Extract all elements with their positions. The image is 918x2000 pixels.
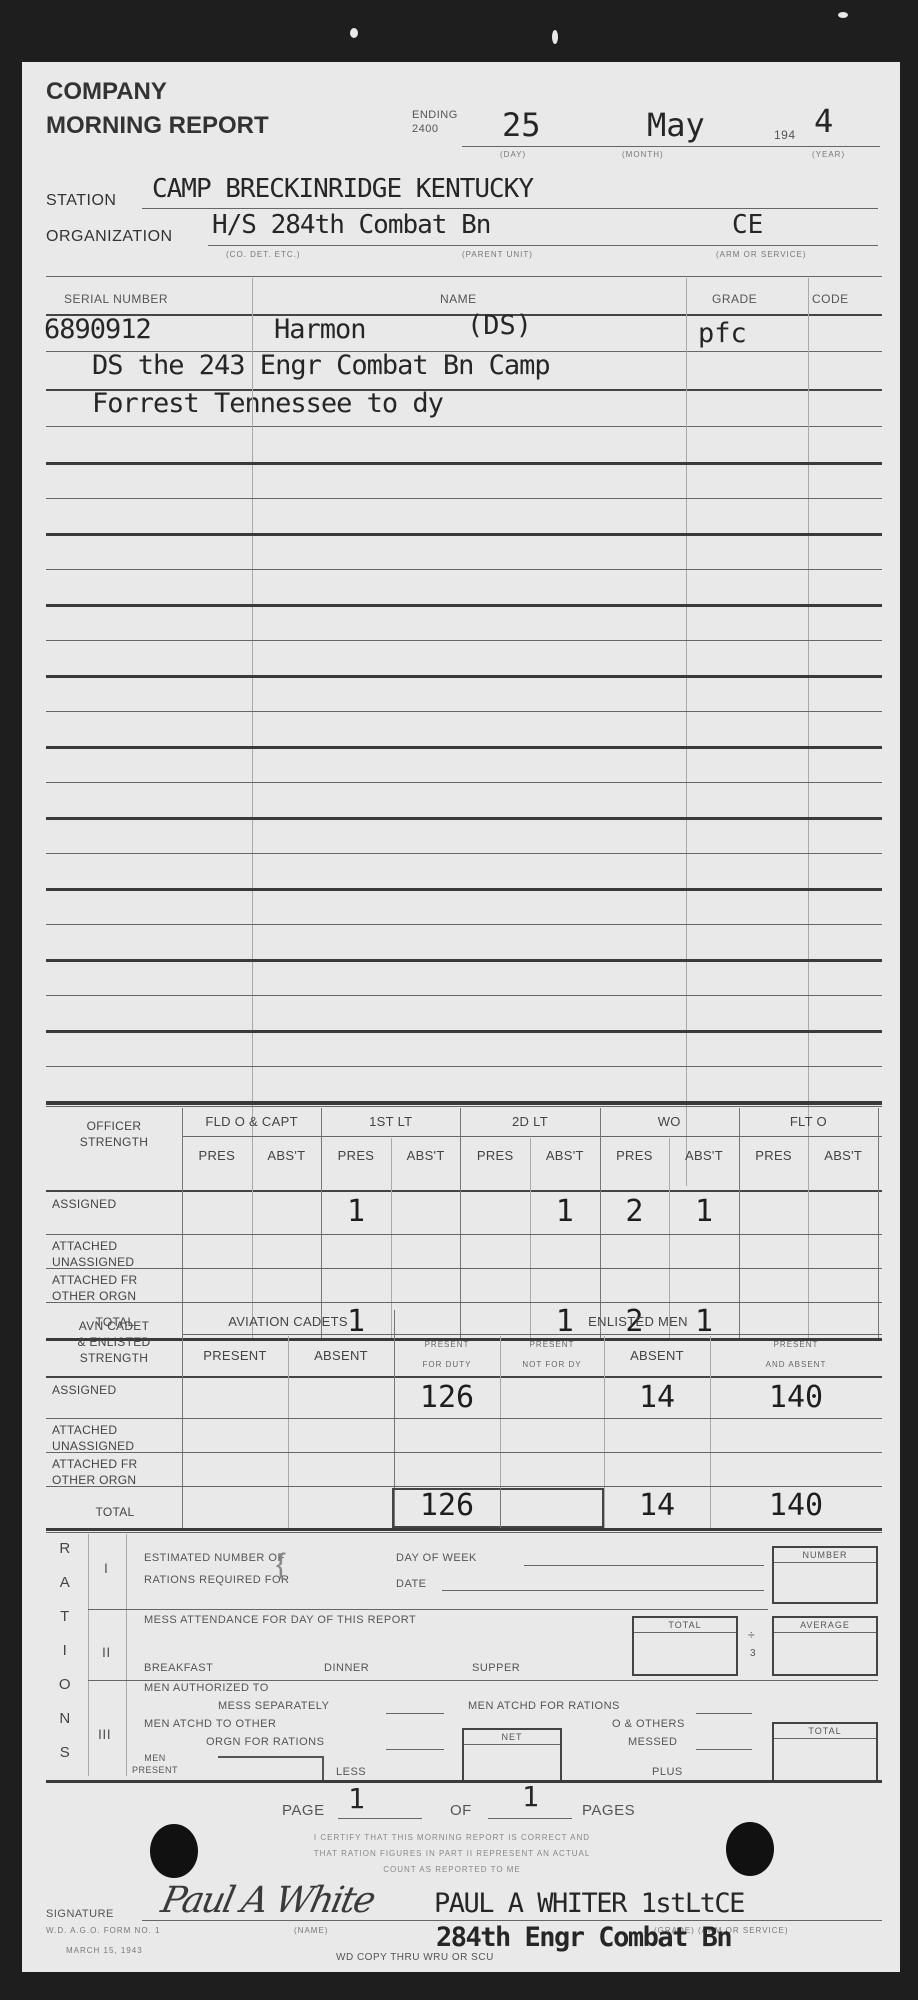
year-prefix: 194 bbox=[774, 128, 796, 142]
organization-underline bbox=[208, 245, 878, 246]
blank-entry-line[interactable] bbox=[46, 462, 882, 465]
certification-text: I CERTIFY THAT THIS MORNING REPORT IS CO… bbox=[222, 1830, 682, 1878]
enlisted-col-header: ABSENT bbox=[288, 1348, 394, 1363]
officer-top-rule bbox=[46, 1102, 882, 1105]
station-underline bbox=[142, 208, 878, 209]
station-label: STATION bbox=[46, 192, 116, 210]
mess-separately-field[interactable] bbox=[386, 1713, 444, 1714]
rations-divider-2 bbox=[126, 1534, 127, 1776]
officer-col-divider bbox=[808, 1138, 809, 1340]
report-month: May bbox=[647, 106, 705, 144]
enlisted-col-header: PRESENT bbox=[182, 1348, 288, 1363]
officer-sub-header: ABS'T bbox=[391, 1148, 461, 1163]
entry-serial-number: 6890912 bbox=[44, 314, 151, 345]
col-divider-grade bbox=[686, 278, 687, 1186]
men-authorized-line1: MEN AUTHORIZED TO bbox=[144, 1682, 269, 1694]
officer-sub-header: PRES bbox=[739, 1148, 809, 1163]
punch-hole-right bbox=[726, 1822, 774, 1876]
officer-col-divider bbox=[460, 1108, 461, 1340]
enlisted-header-rule bbox=[46, 1376, 882, 1378]
enlisted-cell: 140 bbox=[710, 1488, 882, 1523]
rations-side-letter: N bbox=[50, 1710, 80, 1727]
enlisted-group-rule bbox=[182, 1334, 882, 1335]
men-atchd-other-line2: ORGN FOR RATIONS bbox=[206, 1736, 324, 1748]
rations-estimated-line1: ESTIMATED NUMBER OF bbox=[144, 1552, 285, 1564]
men-atchd-other-line1: MEN ATCHD TO OTHER bbox=[144, 1718, 276, 1730]
month-caption: (MONTH) bbox=[622, 150, 664, 159]
rations-estimated-line2: RATIONS REQUIRED FOR bbox=[144, 1574, 289, 1586]
page-number-field bbox=[338, 1818, 422, 1819]
men-present-label: MEN PRESENT bbox=[132, 1752, 178, 1776]
enlisted-row-label: ATTACHED UNASSIGNED bbox=[52, 1422, 178, 1454]
arm-value: CE bbox=[732, 210, 763, 240]
blank-entry-line[interactable] bbox=[46, 782, 882, 783]
officer-cell: 2 bbox=[600, 1194, 670, 1229]
atchd-for-rations-field[interactable] bbox=[696, 1713, 752, 1714]
station-value: CAMP BRECKINRIDGE KENTUCKY bbox=[152, 174, 533, 204]
blank-entry-line[interactable] bbox=[46, 1066, 882, 1067]
rations-part-ii-numeral: II bbox=[102, 1644, 111, 1660]
blank-entry-line[interactable] bbox=[46, 675, 882, 678]
enlisted-row-rule bbox=[46, 1418, 882, 1419]
org-caption-arm: (ARM OR SERVICE) bbox=[716, 250, 807, 259]
supper-label: SUPPER bbox=[472, 1662, 520, 1674]
enlisted-col-header: ABSENT bbox=[604, 1348, 710, 1363]
officer-group-header: 1ST LT bbox=[321, 1114, 460, 1129]
ending-label: ENDING 2400 bbox=[412, 108, 458, 136]
serial-number-header: SERIAL NUMBER bbox=[64, 292, 168, 306]
remark-line-1: DS the 243 Engr Combat Bn Camp bbox=[92, 350, 550, 381]
rations-side-letter: R bbox=[50, 1540, 80, 1557]
org-caption-unit: (CO. DET. ETC.) bbox=[226, 250, 301, 259]
officer-sub-header: PRES bbox=[460, 1148, 530, 1163]
enlisted-col-header: FOR DUTY bbox=[394, 1360, 500, 1369]
enlisted-cell: 14 bbox=[604, 1488, 710, 1523]
officer-row-label: ATTACHED FR OTHER ORGN bbox=[52, 1272, 178, 1304]
code-header: CODE bbox=[812, 292, 849, 306]
blank-entry-line[interactable] bbox=[46, 604, 882, 607]
officer-group-rule bbox=[182, 1136, 882, 1137]
officer-sub-header: PRES bbox=[321, 1148, 391, 1163]
name-header: NAME bbox=[440, 292, 477, 306]
officer-col-divider bbox=[182, 1108, 183, 1340]
officer-sub-header: ABS'T bbox=[530, 1148, 600, 1163]
rations-side-letter: I bbox=[50, 1642, 80, 1659]
officer-col-divider bbox=[739, 1108, 740, 1340]
rations-part-iii-numeral: III bbox=[98, 1726, 111, 1742]
rations-divider-1 bbox=[88, 1534, 89, 1776]
officer-group-header: WO bbox=[600, 1114, 739, 1129]
plus-label: PLUS bbox=[652, 1766, 683, 1778]
total-pages: 1 bbox=[522, 1780, 539, 1813]
blank-entry-line[interactable] bbox=[46, 569, 882, 570]
org-caption-parent: (PARENT UNIT) bbox=[462, 250, 533, 259]
rations-side-letter: S bbox=[50, 1744, 80, 1761]
film-speck bbox=[838, 12, 848, 18]
header-top-rule bbox=[46, 276, 882, 277]
officer-sub-header: PRES bbox=[600, 1148, 670, 1163]
film-speck bbox=[350, 28, 358, 38]
mess-total-box[interactable]: TOTAL bbox=[632, 1616, 738, 1676]
date-underline bbox=[462, 146, 880, 147]
blank-entry-line[interactable] bbox=[46, 533, 882, 536]
officer-row-rule bbox=[46, 1268, 882, 1269]
men-atchd-for-rations: MEN ATCHD FOR RATIONS bbox=[468, 1700, 620, 1712]
rations-side-letter: A bbox=[50, 1574, 80, 1591]
enlisted-col-divider bbox=[182, 1310, 183, 1528]
divide-by: 3 bbox=[750, 1648, 756, 1659]
blank-entry-line[interactable] bbox=[46, 853, 882, 854]
officer-sub-rule bbox=[46, 1106, 882, 1107]
organization-value: H/S 284th Combat Bn bbox=[212, 210, 490, 240]
page-label: PAGE bbox=[282, 1802, 325, 1819]
officer-cell: 1 bbox=[321, 1194, 391, 1229]
officer-sub-header: ABS'T bbox=[808, 1148, 878, 1163]
enlisted-col-header: PRESENT bbox=[394, 1340, 500, 1349]
date-field[interactable] bbox=[442, 1590, 764, 1591]
form-date: MARCH 15, 1943 bbox=[66, 1946, 143, 1955]
officer-group-header: 2D LT bbox=[460, 1114, 599, 1129]
blank-entry-line[interactable] bbox=[46, 640, 882, 641]
officer-row-label: ASSIGNED bbox=[52, 1196, 178, 1212]
officer-strength-title: OFFICER STRENGTH bbox=[46, 1118, 182, 1150]
enlisted-row-label: ATTACHED FR OTHER ORGN bbox=[52, 1456, 178, 1488]
signer-name-grade: PAUL A WHITER 1stLtCE bbox=[434, 1888, 744, 1919]
grade-header: GRADE bbox=[712, 292, 757, 306]
enlisted-col-header: PRESENT bbox=[710, 1340, 882, 1349]
enlisted-cell: 140 bbox=[710, 1380, 882, 1415]
less-label: LESS bbox=[336, 1766, 366, 1778]
remark-rule-2 bbox=[46, 426, 882, 427]
officer-cell: 1 bbox=[530, 1194, 600, 1229]
others-messed-field[interactable] bbox=[696, 1749, 752, 1750]
officer-group-header: FLD O & CAPT bbox=[182, 1114, 321, 1129]
blank-entry-line[interactable] bbox=[46, 1030, 882, 1033]
brace-glyph: { bbox=[276, 1548, 287, 1582]
mess-average-box[interactable]: AVERAGE bbox=[772, 1616, 878, 1676]
enlisted-col-header: AND ABSENT bbox=[710, 1360, 882, 1369]
wd-copy-note: WD COPY THRU WRU OR SCU bbox=[336, 1952, 494, 1963]
form-title-line2: MORNING REPORT bbox=[46, 112, 269, 140]
header-bottom-rule bbox=[46, 314, 882, 316]
enlisted-row-label: ASSIGNED bbox=[52, 1382, 178, 1398]
enlisted-men-header: ENLISTED MEN bbox=[394, 1314, 882, 1329]
blank-entry-line[interactable] bbox=[46, 746, 882, 749]
name-caption: (NAME) bbox=[294, 1926, 328, 1935]
rations-number-box[interactable]: NUMBER bbox=[772, 1546, 878, 1604]
officer-sub-header: PRES bbox=[182, 1148, 252, 1163]
officer-col-divider bbox=[252, 1138, 253, 1340]
rations-side-letter: O bbox=[50, 1676, 80, 1693]
officer-group-header: FLT O bbox=[739, 1114, 878, 1129]
enlisted-row-rule bbox=[46, 1528, 882, 1531]
men-present-box[interactable] bbox=[218, 1756, 324, 1782]
rations-bottom-rule bbox=[46, 1780, 882, 1783]
officer-sub-header: ABS'T bbox=[669, 1148, 739, 1163]
rations-top-rule bbox=[46, 1532, 882, 1533]
officer-row-rule bbox=[46, 1302, 882, 1303]
entry-status: (DS) bbox=[467, 310, 532, 341]
enlisted-cell: 14 bbox=[604, 1380, 710, 1415]
film-speck bbox=[552, 30, 558, 44]
enlisted-strength-title: AVN CADET & ENLISTED STRENGTH bbox=[46, 1318, 182, 1366]
rations-part-i-rule bbox=[88, 1609, 768, 1610]
page-number: 1 bbox=[348, 1782, 365, 1815]
punch-hole-left bbox=[150, 1824, 198, 1878]
rations-side-letter: T bbox=[50, 1608, 80, 1625]
signature-label: SIGNATURE bbox=[46, 1908, 114, 1920]
aviation-cadets-header: AVIATION CADETS bbox=[182, 1314, 394, 1329]
signature-line bbox=[142, 1920, 882, 1921]
of-label: OF bbox=[450, 1802, 472, 1819]
blank-entry-line[interactable] bbox=[46, 995, 882, 996]
day-of-week-label: DAY OF WEEK bbox=[396, 1552, 477, 1564]
officer-row-rule bbox=[46, 1234, 882, 1235]
form-number: W.D. A.G.O. FORM NO. 1 bbox=[46, 1926, 160, 1935]
enlisted-col-header: PRESENT bbox=[500, 1340, 604, 1349]
total-pages-field bbox=[488, 1818, 572, 1819]
officer-col-divider bbox=[391, 1138, 392, 1340]
officer-row-label: ATTACHED UNASSIGNED bbox=[52, 1238, 178, 1270]
blank-entry-line[interactable] bbox=[46, 888, 882, 891]
net-box[interactable]: NET bbox=[462, 1728, 562, 1782]
officer-header-rule bbox=[46, 1190, 882, 1192]
enlisted-cell: 126 bbox=[394, 1380, 500, 1415]
enlisted-row-label: TOTAL bbox=[52, 1504, 178, 1520]
year-caption: (YEAR) bbox=[812, 150, 845, 159]
entry-name: Harmon bbox=[274, 314, 366, 345]
form-title-line1: COMPANY bbox=[46, 78, 167, 106]
blank-entry-line[interactable] bbox=[46, 498, 882, 499]
total-present-box bbox=[392, 1488, 604, 1528]
report-year-digit: 4 bbox=[814, 102, 833, 140]
blank-entry-line[interactable] bbox=[46, 924, 882, 925]
pages-label: PAGES bbox=[582, 1802, 635, 1819]
blank-entry-line[interactable] bbox=[46, 959, 882, 962]
others-line2: MESSED bbox=[628, 1736, 677, 1748]
officer-cell: 1 bbox=[669, 1194, 739, 1229]
col-divider-code bbox=[808, 278, 809, 1186]
day-of-week-field[interactable] bbox=[524, 1565, 764, 1566]
total-present-divider bbox=[500, 1488, 501, 1528]
remark-line-2: Forrest Tennessee to dy bbox=[92, 388, 443, 419]
dinner-label: DINNER bbox=[324, 1662, 369, 1674]
mess-attendance-title: MESS ATTENDANCE FOR DAY OF THIS REPORT bbox=[144, 1614, 416, 1626]
divide-sign: ÷ bbox=[748, 1628, 755, 1642]
enlisted-col-divider bbox=[288, 1336, 289, 1528]
day-caption: (DAY) bbox=[500, 150, 526, 159]
other-orgn-field[interactable] bbox=[386, 1749, 444, 1750]
enlisted-col-header: NOT FOR DY bbox=[500, 1360, 604, 1369]
blank-entry-line[interactable] bbox=[46, 817, 882, 820]
men-authorized-line2: MESS SEPARATELY bbox=[218, 1700, 329, 1712]
others-line1: O & OTHERS bbox=[612, 1718, 685, 1730]
organization-label: ORGANIZATION bbox=[46, 228, 173, 246]
rations-total-box[interactable]: TOTAL bbox=[772, 1722, 878, 1782]
rations-part-i-numeral: I bbox=[104, 1560, 108, 1576]
signer-unit: 284th Engr Combat Bn bbox=[436, 1922, 731, 1953]
col-divider-name bbox=[252, 278, 253, 1186]
officer-sub-header: ABS'T bbox=[252, 1148, 322, 1163]
blank-entry-line[interactable] bbox=[46, 711, 882, 712]
morning-report-form: COMPANY MORNING REPORT ENDING 2400 25 Ma… bbox=[22, 62, 900, 1972]
rations-part-ii-rule bbox=[88, 1680, 878, 1681]
breakfast-label: BREAKFAST bbox=[144, 1662, 213, 1674]
enlisted-row-rule bbox=[46, 1486, 882, 1487]
entry-grade: pfc bbox=[698, 318, 747, 349]
officer-col-divider bbox=[878, 1108, 879, 1340]
enlisted-row-rule bbox=[46, 1452, 882, 1453]
report-day: 25 bbox=[502, 106, 541, 144]
date-label: DATE bbox=[396, 1578, 427, 1590]
handwritten-signature: Paul A White bbox=[158, 1880, 378, 1921]
